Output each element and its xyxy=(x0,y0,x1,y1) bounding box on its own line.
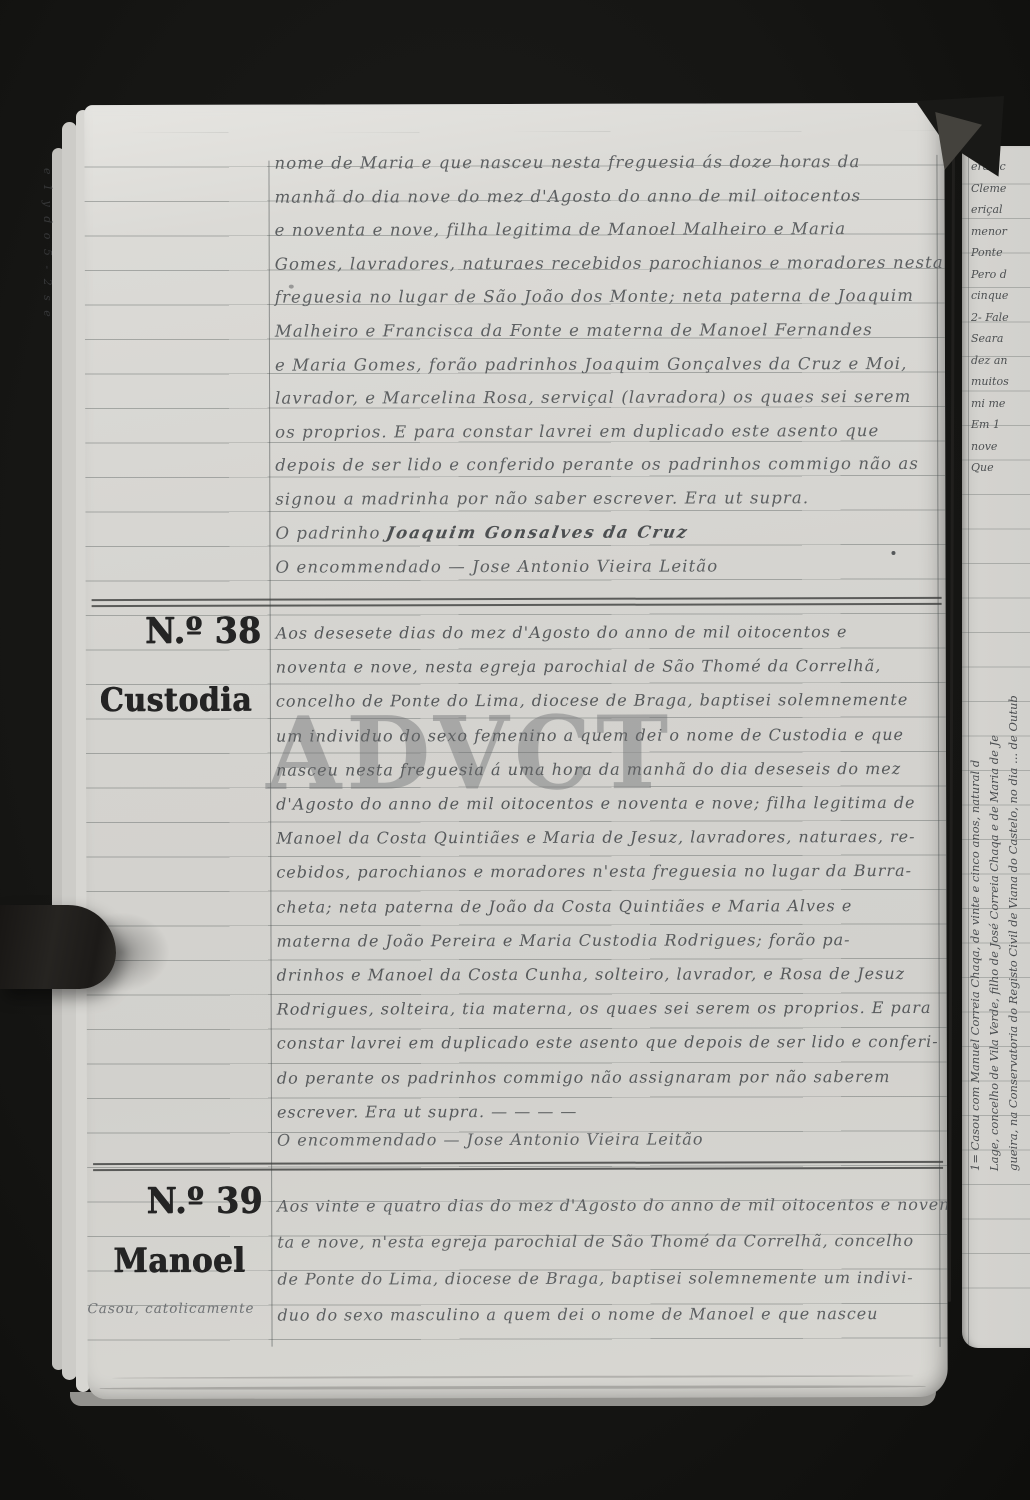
record-text-line: escrever. Era ut supra. — — — — xyxy=(277,1094,935,1130)
margin-fragment: Ponte xyxy=(971,242,1009,264)
record-text-line: cebidos, parochianos e moradores n'esta … xyxy=(276,854,934,890)
signature-row: O padrinho Joaquim Gonsalves da Cruz xyxy=(275,515,933,550)
margin-fragment: nove xyxy=(971,436,1009,458)
margin-fragment: cinque xyxy=(971,285,1009,307)
vertical-marriage-note: 1= Casou com Manuel Correia Chaqa, de vi… xyxy=(966,596,1026,1171)
record-text-line: depois de ser lido e conferido perante o… xyxy=(275,447,933,482)
facing-page-sliver: era ocClemeeriçalmenorPontePero dcinque2… xyxy=(962,146,1030,1348)
record-text-line: cheta; neta paterna de João da Costa Qui… xyxy=(276,889,934,925)
record-39-number: N.º 39 xyxy=(142,1179,267,1221)
book-clasp-strap xyxy=(0,905,116,989)
record-38-officiant: O encommendado — Jose Antonio Vieira Lei… xyxy=(277,1129,935,1150)
record-text-line: duo do sexo masculino a quem dei o nome … xyxy=(277,1296,935,1334)
record-text-line: Manoel da Costa Quintiães e Maria de Jes… xyxy=(276,820,934,856)
margin-fragment: eriçal xyxy=(971,199,1009,221)
vertical-note-text: 1= Casou com Manuel Correia Chaqa, de vi… xyxy=(966,596,1024,1171)
page-gutter xyxy=(948,142,955,1302)
record-38-number: N.º 38 xyxy=(141,609,266,651)
record-text-line: os proprios. E para constar lavrei em du… xyxy=(275,414,933,449)
record-text-line: de Ponte do Lima, diocese de Braga, bapt… xyxy=(277,1260,935,1298)
record-37-continuation: nome de Maria e que nasceu nesta fregues… xyxy=(274,145,933,516)
record-text-line: ta e nove, n'esta egreja parochial de Sã… xyxy=(277,1223,935,1261)
vertical-note-line: 1= Casou com Manuel Correia Chaqa, de vi… xyxy=(966,596,985,1171)
margin-fragment: menor xyxy=(971,221,1009,243)
record-text-line: concelho de Ponte do Lima, diocese de Br… xyxy=(276,683,934,719)
margin-fragment: Cleme xyxy=(971,178,1009,200)
vertical-note-line: gueira, na Conservatoria do Registo Civi… xyxy=(1004,596,1023,1171)
record-38-text: Aos desesete dias do mez d'Agosto do ann… xyxy=(276,615,935,1130)
margin-fragment: Em 1 xyxy=(971,414,1009,436)
record-37-signature-line: O padrinho Joaquim Gonsalves da Cruz O e… xyxy=(275,515,933,584)
record-39-text: Aos vinte e quatro dias do mez d'Agosto … xyxy=(277,1187,935,1334)
ink-dot xyxy=(289,285,294,289)
left-margin-scrawl-text: e 1 y d o 5 - 2 s e xyxy=(30,168,54,458)
record-text-line: nome de Maria e que nasceu nesta fregues… xyxy=(274,145,932,180)
record-text-line: constar lavrei em duplicado este asento … xyxy=(277,1025,935,1061)
record-text-line: lavrador, e Marcelina Rosa, serviçal (la… xyxy=(275,380,933,415)
register-photo: e 1 y d o 5 - 2 s e nome de Maria e que … xyxy=(0,0,1030,1500)
margin-fragment: 2- Fale xyxy=(971,307,1009,329)
record-39-name: Manoel xyxy=(95,1241,263,1280)
margin-fragment: mi me xyxy=(971,393,1009,415)
margin-fragment: Seara xyxy=(971,328,1009,350)
record-text-line: Malheiro e Francisca da Fonte e materna … xyxy=(275,313,933,348)
margin-fragment: Pero d xyxy=(971,264,1009,286)
margin-fragment: dez an xyxy=(971,350,1009,372)
record-38-name: Custodia xyxy=(88,681,264,719)
margin-fragment: muitos xyxy=(971,371,1009,393)
record-text-line: manhã do dia nove do mez d'Agosto do ann… xyxy=(275,179,933,214)
record-text-line: um individuo do sexo femenino a quem dei… xyxy=(276,718,934,754)
register-page: nome de Maria e que nasceu nesta fregues… xyxy=(84,103,947,1399)
record-text-line: Aos vinte e quatro dias do mez d'Agosto … xyxy=(277,1187,935,1225)
record-text-line: d'Agosto do anno de mil oitocentos e nov… xyxy=(276,786,934,822)
record-text-line: signou a madrinha por não saber escrever… xyxy=(275,481,933,516)
margin-note-fragments: era ocClemeeriçalmenorPontePero dcinque2… xyxy=(971,156,1009,479)
record-text-line: nasceu nesta freguesia á uma hora da man… xyxy=(276,752,934,788)
record-text-line: noventa e nove, nesta egreja parochial d… xyxy=(276,649,934,685)
record-text-line: e Maria Gomes, forão padrinhos Joaquim G… xyxy=(275,346,933,381)
signature-prefix: O padrinho xyxy=(275,523,380,542)
record-text-line: Aos desesete dias do mez d'Agosto do ann… xyxy=(276,615,934,651)
officiant-row: O encommendado — Jose Antonio Vieira Lei… xyxy=(275,549,933,584)
record-text-line: Rodrigues, solteira, tia materna, os qua… xyxy=(277,991,935,1027)
left-margin-scrawl: e 1 y d o 5 - 2 s e xyxy=(30,168,56,458)
record-text-line: freguesia no lugar de São João dos Monte… xyxy=(275,279,933,314)
vertical-note-line: Lage, concelho de Vila Verde, filho de J… xyxy=(985,596,1004,1171)
ink-dot xyxy=(891,551,895,555)
margin-fragment: Que xyxy=(971,457,1009,479)
record-text-line: Gomes, lavradores, naturaes recebidos pa… xyxy=(275,246,933,281)
record-text-line: e noventa e nove, filha legitima de Mano… xyxy=(275,212,933,247)
record-text-line: do perante os padrinhos commigo não assi… xyxy=(277,1060,935,1096)
sheet-bottom-edge xyxy=(112,1374,914,1379)
stacked-sheet-edge xyxy=(62,122,77,1380)
godfather-signature: Joaquim Gonsalves da Cruz xyxy=(384,516,692,550)
record-text-line: materna de João Pereira e Maria Custodia… xyxy=(276,923,934,959)
record-text-line: drinhos e Manoel da Costa Cunha, solteir… xyxy=(277,957,935,993)
sheet-bottom-edge xyxy=(100,1385,926,1390)
